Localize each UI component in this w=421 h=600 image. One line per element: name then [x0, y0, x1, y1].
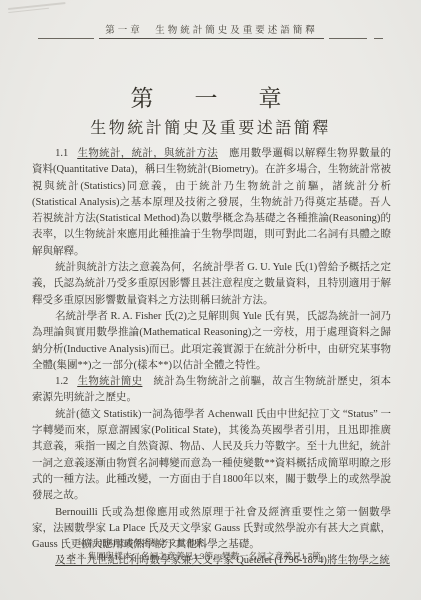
scan-smudge — [8, 2, 66, 15]
footnote-2: ＊＊ 集團與樣本二名詞之意義見1.3節，變數一名詞之意義見1.7節。 — [68, 550, 398, 563]
running-header: 第一章 生物統計簡史及重要述語簡釋 — [0, 22, 421, 39]
section-1-1-paragraph-3: 名統計學者 R. A. Fisher 氏(2)之見解則與 Yule 氏有異，氏認… — [32, 309, 391, 374]
section-1-2-number: 1.2 — [55, 376, 68, 387]
running-header-text: 第一章 生物統計簡史及重要述語簡釋 — [99, 22, 324, 39]
chapter-title: 第 一 章 — [0, 80, 421, 113]
section-1-1-heading: 生物統計，統計，與統計方法 — [77, 148, 218, 159]
section-1-1-lead-text: 應用數學邏輯以解釋生物界數量的資料(Quantitative Data)，稱曰生… — [32, 148, 391, 257]
section-1-1-number: 1.1 — [55, 148, 68, 159]
section-1-2-paragraph-2: 統計(德文 Statistik)一詞為德學者 Achenwall 氏由中世紀拉丁… — [32, 407, 391, 505]
section-1-1-paragraph-2: 統計與統計方法之意義為何，名統計學者 G. U. Yule 氏(1)曾給予概括之… — [32, 260, 391, 309]
header-rule-left — [38, 26, 94, 39]
chapter-subtitle: 生物統計簡史及重要述語簡釋 — [0, 115, 421, 138]
section-1-2-lead-paragraph: 1.2生物統計簡史統計為生物統計之前驅，故言生物統計歷史，須本索源先明統計之歷史… — [32, 374, 391, 407]
section-1-1-lead-paragraph: 1.1生物統計，統計，與統計方法應用數學邏輯以解釋生物界數量的資料(Quanti… — [32, 146, 391, 260]
footnotes: ＊ 括弧內號碼係指參考文獻書號。 ＊＊ 集團與樣本二名詞之意義見1.3節，變數一… — [68, 537, 398, 562]
scanned-book-page: 第一章 生物統計簡史及重要述語簡釋 第 一 章 生物統計簡史及重要述語簡釋 1.… — [0, 0, 421, 600]
header-rule-right — [329, 26, 367, 39]
body-text: 1.1生物統計，統計，與統計方法應用數學邏輯以解釋生物界數量的資料(Quanti… — [32, 146, 391, 570]
footnote-1: ＊ 括弧內號碼係指參考文獻書號。 — [68, 537, 398, 550]
section-1-2-heading: 生物統計簡史 — [77, 376, 142, 387]
header-rule-right-short — [374, 26, 383, 39]
